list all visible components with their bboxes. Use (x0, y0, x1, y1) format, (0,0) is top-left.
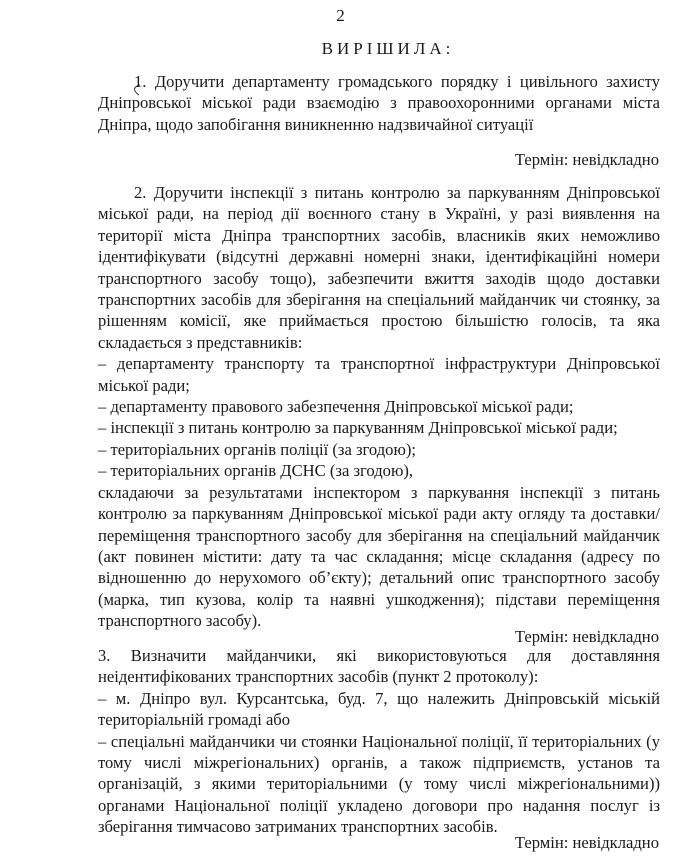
item-2-list-3: – інспекції з питань контролю за паркува… (98, 417, 660, 438)
item-1: 1. Доручити департаменту громадського по… (98, 71, 660, 135)
item-3-text: Визначити майданчики, які використовують… (98, 646, 660, 686)
item-2-list-5: – територіальних органів ДСНС (за згодою… (98, 460, 660, 481)
item-1-text: Доручити департаменту громадського поряд… (98, 72, 660, 134)
item-3-list-2: – спеціальні майданчики чи стоянки Націо… (98, 731, 660, 838)
item-1-deadline: Термін: невідкладно (515, 150, 659, 170)
item-2-list-2: – департаменту правового забезпечення Дн… (98, 396, 660, 417)
item-3-deadline: Термін: невідкладно (515, 833, 659, 853)
item-1-number: 1. (134, 72, 146, 91)
decision-heading: ВИРІШИЛА: (0, 39, 681, 59)
item-2-number: 2. (134, 183, 146, 202)
item-2-continuation: складаючи за результатами інспектором з … (98, 482, 660, 632)
item-3-list-1: – м. Дніпро вул. Курсантська, буд. 7, що… (98, 688, 660, 731)
item-3-number: 3. (98, 646, 110, 665)
item-2: 2. Доручити інспекції з питань контролю … (98, 182, 660, 632)
item-2-deadline: Термін: невідкладно (515, 627, 659, 647)
page-number: 2 (0, 6, 681, 26)
item-3: 3. Визначити майданчики, які використову… (98, 645, 660, 838)
item-2-list-1: – департаменту транспорту та транспортно… (98, 353, 660, 396)
item-2-text: Доручити інспекції з питань контролю за … (98, 183, 660, 352)
item-2-list-4: – територіальних органів поліції (за зго… (98, 439, 660, 460)
